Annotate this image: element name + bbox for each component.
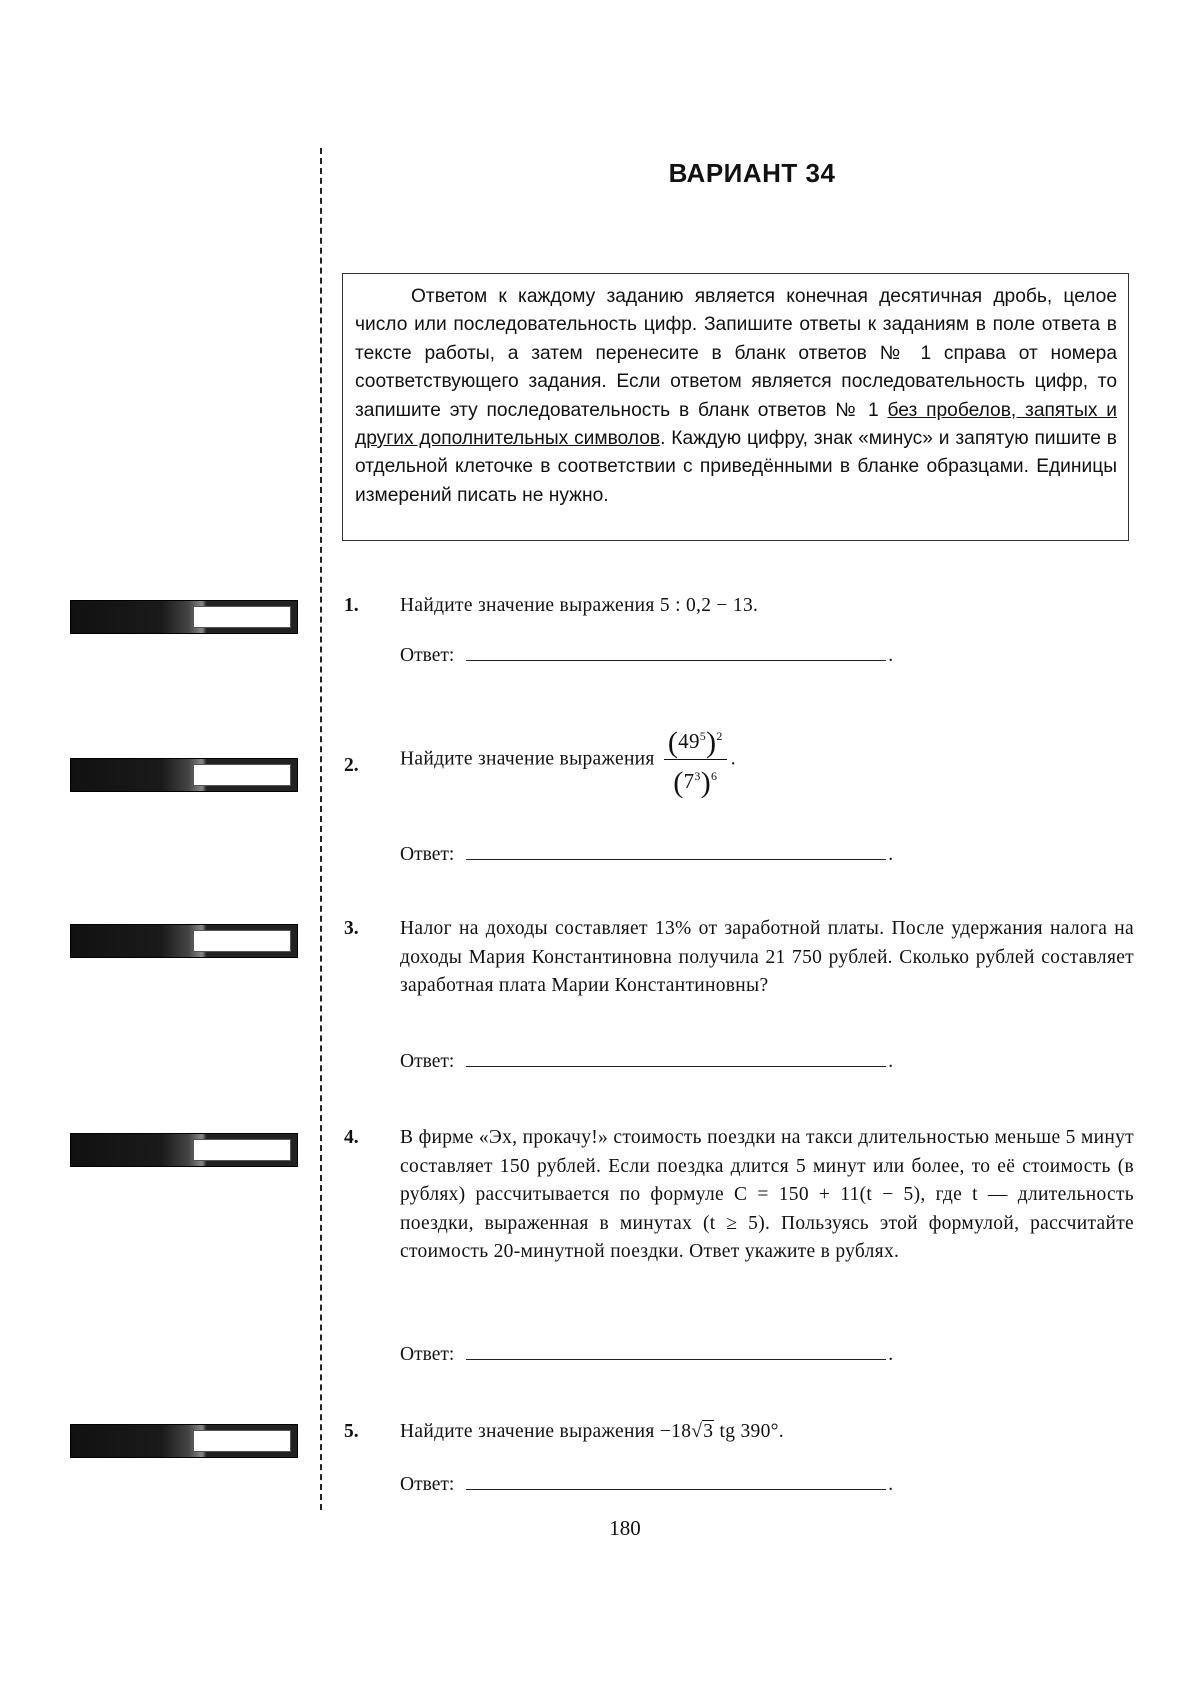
answer-row-3: Ответ:. (400, 1048, 893, 1073)
answer-cell[interactable] (193, 1430, 291, 1452)
answer-field[interactable] (466, 1471, 886, 1490)
question-5: 5. Найдите значение выражения −18√3 tg 3… (344, 1418, 1134, 1447)
page-number: 180 (0, 1516, 1204, 1541)
instructions-box: Ответом к каждому заданию является конеч… (342, 273, 1129, 541)
question-text: Найдите значение выражения (400, 1421, 655, 1442)
answer-field[interactable] (466, 1048, 886, 1067)
question-1: 1. Найдите значение выражения 5 : 0,2 − … (344, 592, 1134, 621)
answer-row-4: Ответ:. (400, 1341, 893, 1366)
answer-field[interactable] (466, 1341, 886, 1360)
cut-line (320, 148, 322, 1510)
answer-box-2 (70, 758, 298, 792)
question-text: В фирме «Эх, прокачу!» стоимость поездки… (400, 1124, 1134, 1267)
answer-cell[interactable] (193, 764, 291, 786)
answer-cell[interactable] (193, 930, 291, 952)
question-number: 5. (344, 1418, 359, 1447)
answer-field[interactable] (466, 642, 886, 661)
question-number: 1. (344, 592, 359, 621)
answer-box-1 (70, 600, 298, 634)
answer-row-5: Ответ:. (400, 1471, 893, 1496)
expression: −18√3 tg 390° (660, 1420, 779, 1442)
answer-box-3 (70, 924, 298, 958)
answer-field[interactable] (466, 841, 886, 860)
answer-row-1: Ответ:. (400, 642, 893, 667)
fraction: (495)2 (73)6 (664, 722, 727, 798)
question-number: 4. (344, 1124, 359, 1153)
answer-label: Ответ: (400, 844, 454, 865)
answer-row-2: Ответ:. (400, 841, 893, 866)
answer-label: Ответ: (400, 1051, 454, 1072)
question-3: 3. Налог на доходы составляет 13% от зар… (344, 915, 1134, 1001)
question-text: Налог на доходы составляет 13% от зарабо… (400, 915, 1134, 1001)
answer-label: Ответ: (400, 1344, 454, 1365)
question-number: 3. (344, 915, 359, 944)
instructions-text: Ответом к каждому заданию является конеч… (355, 283, 1117, 510)
question-text: Найдите значение выражения 5 : 0,2 − 13. (400, 592, 1134, 621)
answer-cell[interactable] (193, 1139, 291, 1161)
question-4: 4. В фирме «Эх, прокачу!» стоимость поез… (344, 1124, 1134, 1267)
answer-box-4 (70, 1133, 298, 1167)
question-number: 2. (344, 752, 359, 781)
exam-page: ВАРИАНТ 34 Ответом к каждому заданию явл… (0, 0, 1204, 1706)
answer-cell[interactable] (193, 606, 291, 628)
page-title: ВАРИАНТ 34 (0, 158, 1204, 189)
answer-box-5 (70, 1424, 298, 1458)
answer-label: Ответ: (400, 1474, 454, 1495)
question-text: Найдите значение выражения (400, 748, 655, 769)
answer-label: Ответ: (400, 645, 454, 666)
question-2: 2. Найдите значение выражения (495)2 (73… (344, 722, 1134, 798)
